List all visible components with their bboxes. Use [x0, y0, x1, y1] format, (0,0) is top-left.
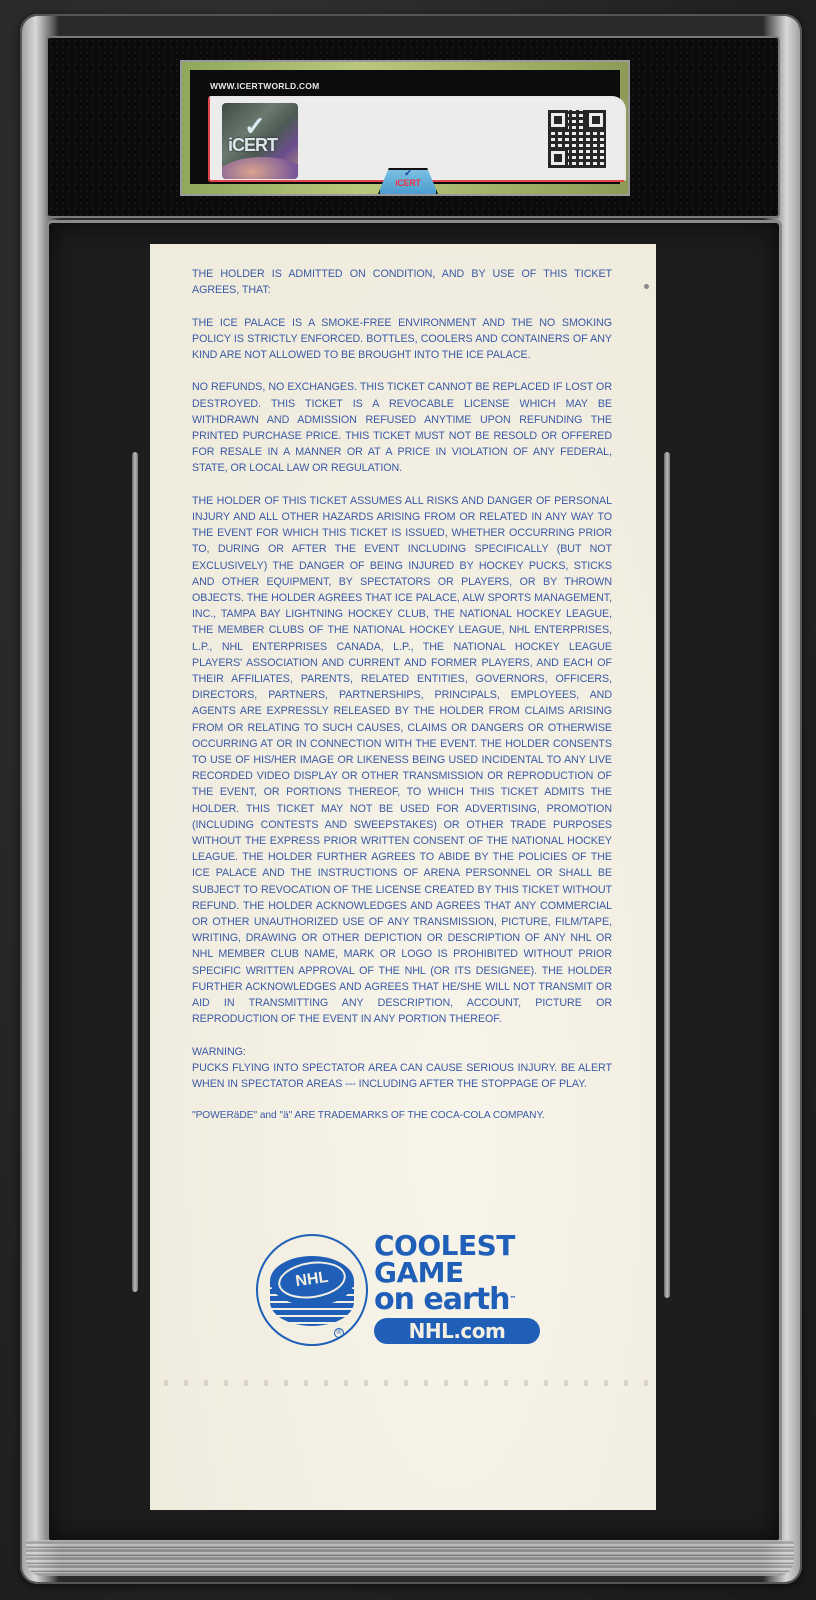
label-tab-brand: iCERT: [380, 178, 436, 188]
nhl-promo-logo: NHL ® COOLEST GAME on earth™ NHL.com: [256, 1232, 556, 1352]
qr-finder-icon: [586, 110, 606, 130]
hologram-icon: ✓ iCERT: [222, 103, 298, 179]
nhl-website[interactable]: NHL.com: [374, 1318, 540, 1344]
terms-paragraph: THE ICE PALACE IS A SMOKE-FREE ENVIRONME…: [192, 315, 612, 364]
terms-paragraph: NO REFUNDS, NO EXCHANGES. THIS TICKET CA…: [192, 379, 612, 476]
slab-right-rail: [664, 452, 670, 1298]
slogan-line: COOLEST: [374, 1232, 516, 1259]
ticket-terms: THE HOLDER IS ADMITTED ON CONDITION, AND…: [192, 266, 612, 1141]
ticket-back: THE HOLDER IS ADMITTED ON CONDITION, AND…: [150, 244, 656, 1510]
ink-dot: [644, 284, 649, 289]
qr-finder-icon: [548, 110, 568, 130]
globe-icon: [222, 157, 298, 179]
slab-bottom-edge: [26, 1540, 794, 1576]
warning-heading: WARNING:: [192, 1044, 612, 1060]
terms-paragraph: THE HOLDER OF THIS TICKET ASSUMES ALL RI…: [192, 493, 612, 1028]
qr-code-icon[interactable]: [548, 110, 606, 168]
slogan-line: on earth™: [374, 1286, 516, 1313]
grading-label: WWW.ICERTWORLD.COM ✓ iCERT ✓ iCERT: [180, 60, 630, 196]
trademark-mark: ™: [510, 1295, 516, 1303]
hologram-brand: iCERT: [228, 135, 277, 156]
warning-text: PUCKS FLYING INTO SPECTATOR AREA CAN CAU…: [192, 1060, 612, 1092]
perforation-line: [156, 1380, 650, 1386]
label-background: WWW.ICERTWORLD.COM ✓ iCERT: [190, 70, 620, 184]
slogan: COOLEST GAME on earth™: [374, 1232, 516, 1313]
slogan-line-text: on earth: [374, 1282, 510, 1317]
registered-mark: ®: [334, 1328, 344, 1338]
label-url[interactable]: WWW.ICERTWORLD.COM: [210, 81, 319, 91]
slab-left-rail: [132, 452, 138, 1292]
terms-paragraph: THE HOLDER IS ADMITTED ON CONDITION, AND…: [192, 266, 612, 298]
qr-finder-icon: [548, 148, 568, 168]
trademark-notice: "POWERäDE" and "ä" ARE TRADEMARKS OF THE…: [192, 1108, 612, 1124]
nhl-puck-logo: NHL ®: [256, 1234, 368, 1346]
